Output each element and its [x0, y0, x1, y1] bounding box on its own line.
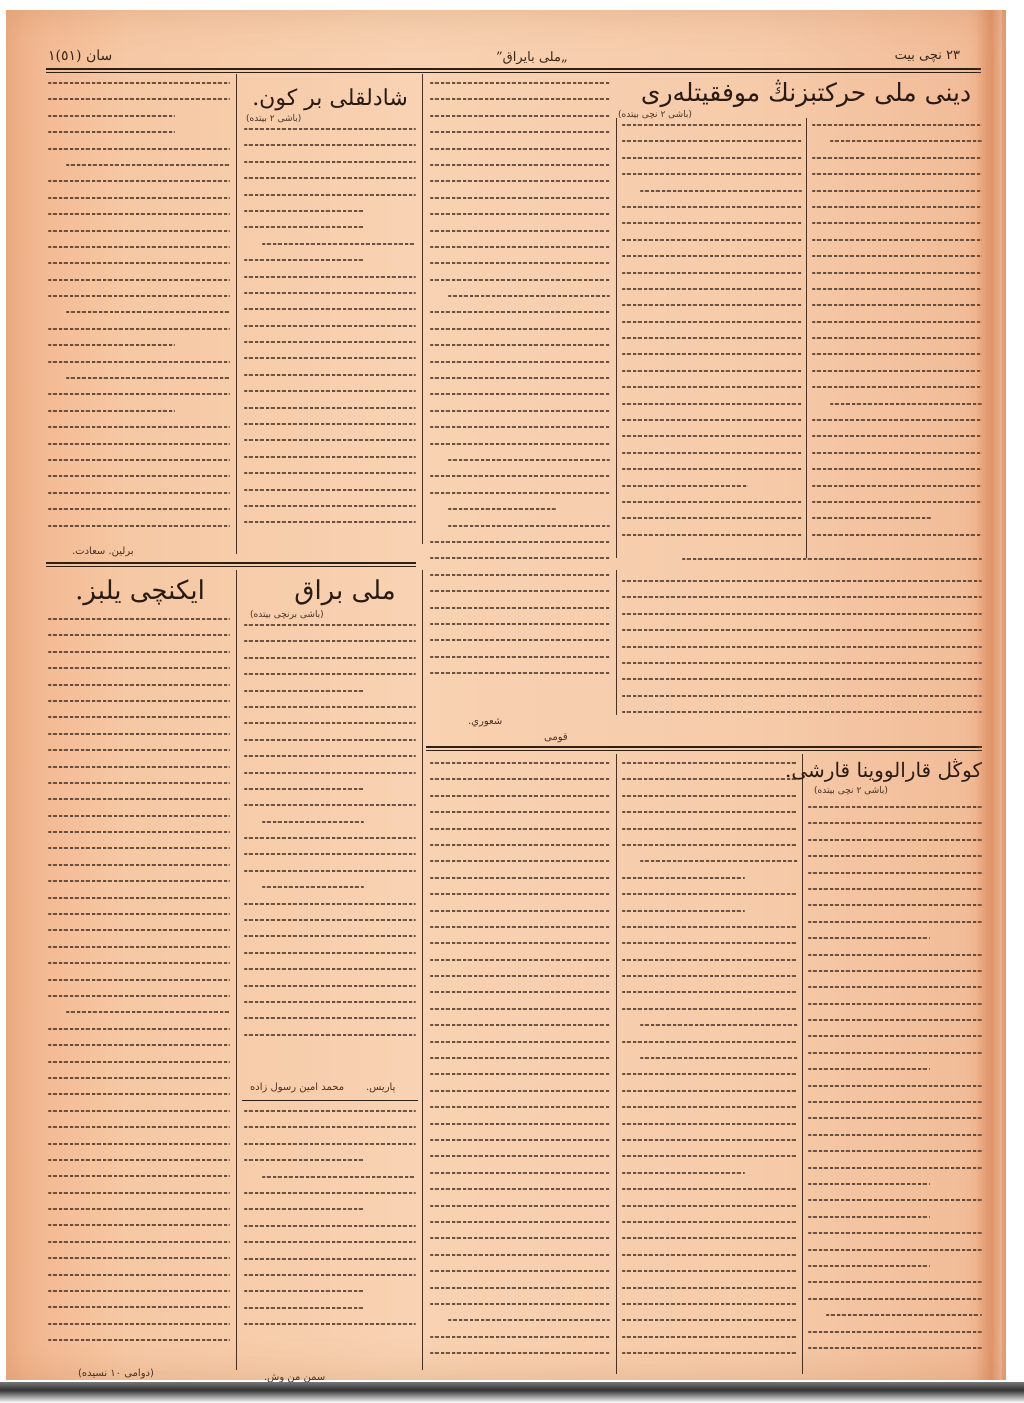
- article-subtitle: (باشى ٢ بيتدە): [246, 114, 301, 124]
- text-line: [430, 311, 610, 313]
- text-line: [622, 1270, 798, 1272]
- text-line: [48, 700, 230, 702]
- text-line: [48, 1175, 230, 1177]
- text-line: [622, 222, 802, 224]
- text-line: [48, 410, 175, 412]
- text-line: [244, 657, 416, 659]
- text-line: [622, 1287, 798, 1289]
- text-line: [244, 423, 416, 425]
- text-line: [244, 985, 416, 987]
- text-line: [244, 903, 416, 905]
- text-line: [430, 98, 610, 100]
- text-line: [808, 1199, 982, 1201]
- text-line: [812, 337, 982, 339]
- text-line: [244, 161, 416, 163]
- article-subtitle: (باشى ٢ نچى بيتدە): [618, 110, 692, 120]
- column-divider: [422, 570, 423, 1370]
- text-line: [830, 403, 982, 405]
- issue-number: سان (٥١)١: [48, 48, 112, 64]
- text-line: [812, 353, 982, 355]
- text-line: [826, 1314, 982, 1316]
- text-line: [244, 804, 416, 806]
- text-line: [48, 847, 230, 849]
- text-line: [430, 213, 610, 215]
- text-line: [622, 468, 802, 470]
- text-line: [622, 517, 802, 519]
- text-column-4-mid: [622, 580, 982, 720]
- text-line: [48, 1290, 230, 1292]
- text-line: [48, 1159, 230, 1161]
- text-line: [430, 1139, 610, 1141]
- article-headline: ملى براق: [270, 576, 420, 606]
- text-line: [808, 1298, 982, 1300]
- text-line: [48, 115, 175, 117]
- newspaper-page: سان (٥١)١ „ملى بايراق” ٢٣ نچى بيت دينى م…: [6, 10, 1006, 1380]
- text-line: [622, 255, 802, 257]
- text-line: [808, 839, 982, 841]
- text-line: [430, 778, 610, 780]
- text-line: [430, 1336, 610, 1338]
- text-line: [244, 325, 416, 327]
- text-line: [640, 190, 802, 192]
- text-line: [812, 190, 982, 192]
- text-line: [812, 452, 982, 454]
- text-line: [808, 986, 982, 988]
- text-line: [66, 164, 230, 166]
- text-line: [244, 505, 416, 507]
- text-line: [812, 321, 982, 323]
- signature: برلين. سعادت.: [72, 546, 134, 557]
- text-line: [622, 926, 798, 928]
- text-column-left-lower: [48, 618, 230, 1358]
- text-line: [622, 1172, 745, 1174]
- text-line: [622, 910, 745, 912]
- text-line: [808, 1134, 982, 1136]
- text-line: [622, 1188, 798, 1190]
- text-line: [48, 733, 230, 735]
- signature-author: محمد امين رسول زاده: [250, 1082, 344, 1093]
- text-line: [262, 243, 416, 245]
- text-line: [812, 370, 982, 372]
- text-line: [244, 935, 416, 937]
- text-line: [244, 772, 416, 774]
- text-line: [244, 308, 416, 310]
- text-line: [430, 762, 610, 764]
- text-line: [812, 419, 982, 421]
- text-line: [622, 157, 802, 159]
- text-line: [48, 443, 230, 445]
- text-line: [622, 1155, 798, 1157]
- text-line: [622, 501, 802, 503]
- text-line: [622, 811, 798, 813]
- text-line: [48, 716, 230, 718]
- page-date: ٢٣ نچى بيت: [895, 48, 960, 63]
- text-line: [808, 970, 982, 972]
- text-line: [430, 811, 610, 813]
- text-line: [430, 393, 610, 395]
- text-line: [244, 128, 416, 130]
- text-line: [808, 1068, 930, 1070]
- text-line: [622, 337, 802, 339]
- text-line: [808, 1249, 982, 1251]
- text-line: [622, 1205, 798, 1207]
- text-line: [244, 341, 416, 343]
- text-line: [812, 206, 982, 208]
- text-column-4-upper: [622, 124, 802, 554]
- text-line: [244, 673, 416, 675]
- text-line: [430, 1024, 610, 1026]
- text-line: [244, 788, 364, 790]
- text-line: [622, 975, 798, 977]
- text-line: [622, 596, 982, 598]
- text-line: [622, 435, 802, 437]
- text-line: [48, 197, 230, 199]
- text-line: [48, 782, 230, 784]
- text-line: [812, 157, 982, 159]
- text-line: [808, 1183, 930, 1185]
- text-line: [48, 230, 230, 232]
- text-line: [430, 926, 610, 928]
- section-rule: [426, 746, 982, 748]
- text-line: [430, 1287, 610, 1289]
- text-line: [430, 377, 610, 379]
- text-line: [808, 937, 930, 939]
- text-line: [622, 353, 802, 355]
- text-line: [640, 1024, 798, 1026]
- text-line: [430, 541, 610, 543]
- text-line: [808, 888, 982, 890]
- text-column-2-bottom: [244, 1110, 416, 1348]
- column-divider: [236, 74, 237, 554]
- text-line: [66, 311, 230, 313]
- masthead-rule: [46, 68, 981, 70]
- text-line: [244, 1208, 364, 1210]
- text-line: [48, 667, 230, 669]
- paper-title: „ملى بايراق”: [496, 50, 568, 65]
- text-line: [622, 1254, 798, 1256]
- text-line: [430, 164, 610, 166]
- text-line: [244, 1258, 416, 1260]
- text-line: [48, 1208, 230, 1210]
- text-line: [430, 893, 610, 895]
- text-column-left-upper: [48, 82, 230, 534]
- text-line: [808, 1347, 982, 1349]
- text-line: [48, 749, 230, 751]
- text-line: [808, 822, 982, 824]
- text-line: [430, 230, 610, 232]
- text-line: [430, 590, 610, 592]
- text-line: [622, 762, 798, 764]
- text-line: [622, 1303, 798, 1305]
- text-line: [244, 390, 416, 392]
- text-line: [640, 1057, 798, 1059]
- text-line: [244, 276, 416, 278]
- text-line: [48, 525, 230, 527]
- text-line: [48, 929, 230, 931]
- text-line: [430, 574, 610, 576]
- text-line: [622, 1041, 798, 1043]
- text-line: [48, 1028, 230, 1030]
- text-line: [430, 361, 610, 363]
- text-line: [430, 1041, 610, 1043]
- text-line: [622, 370, 802, 372]
- text-line: [244, 144, 416, 146]
- text-line: [244, 640, 416, 642]
- text-line: [622, 485, 748, 487]
- text-line: [808, 1216, 930, 1218]
- signature-shuuri: شعوري.: [468, 716, 502, 727]
- text-line: [48, 864, 230, 866]
- text-line: [430, 639, 610, 641]
- text-line: [48, 815, 230, 817]
- text-line: [262, 1176, 416, 1178]
- text-line: [430, 959, 610, 961]
- text-line: [244, 439, 416, 441]
- text-line: [622, 959, 798, 961]
- text-line: [430, 443, 610, 445]
- text-line: [48, 684, 230, 686]
- text-line: [244, 1290, 364, 1292]
- text-line: [244, 1307, 364, 1309]
- section-rule: [242, 1100, 418, 1101]
- text-line: [48, 131, 175, 133]
- text-line: [430, 607, 610, 609]
- text-line: [48, 262, 230, 264]
- text-line: [244, 226, 364, 228]
- text-line: [622, 828, 798, 830]
- text-line: [430, 1270, 610, 1272]
- column-divider: [236, 570, 237, 1370]
- text-line: [622, 1090, 798, 1092]
- text-line: [622, 1008, 798, 1010]
- text-column-4-lower: [622, 762, 798, 1374]
- text-line: [430, 910, 610, 912]
- text-line: [244, 472, 416, 474]
- text-line: [808, 1167, 982, 1169]
- text-line: [48, 897, 230, 899]
- text-line: [244, 1034, 416, 1036]
- text-line: [48, 475, 230, 477]
- section-rule-thin: [426, 750, 982, 751]
- text-line: [48, 508, 230, 510]
- text-line: [244, 1017, 416, 1019]
- text-line: [430, 1188, 610, 1190]
- text-line: [622, 646, 982, 648]
- text-line: [622, 140, 802, 142]
- text-line: [244, 755, 416, 757]
- text-line: [430, 426, 610, 428]
- article-headline: شادلقلى بر كون.: [242, 86, 418, 111]
- column-divider: [616, 118, 617, 558]
- text-line: [430, 942, 610, 944]
- text-line: [430, 1057, 610, 1059]
- text-line: [448, 508, 556, 510]
- text-line: [66, 1011, 230, 1013]
- text-line: [622, 239, 802, 241]
- text-line: [640, 860, 798, 862]
- article-headline: كوڭل قارالووينا قارشى.: [806, 758, 982, 782]
- text-line: [430, 1008, 610, 1010]
- text-line: [830, 140, 982, 142]
- text-line: [622, 1123, 798, 1125]
- text-line: [48, 82, 230, 84]
- text-line: [812, 386, 982, 388]
- text-line: [48, 426, 230, 428]
- article-headline: دينى ملى حركتبزنڭ موفقيتلەرى: [626, 78, 986, 107]
- text-line: [812, 304, 982, 306]
- text-line: [48, 1274, 230, 1276]
- text-line: [812, 222, 982, 224]
- text-line: [430, 1352, 610, 1354]
- text-line: [430, 82, 610, 84]
- text-line: [622, 662, 982, 664]
- text-line: [244, 870, 416, 872]
- text-line: [430, 180, 610, 182]
- text-line: [622, 795, 798, 797]
- text-line: [812, 124, 982, 126]
- text-line: [430, 1155, 610, 1157]
- section-rule: [46, 562, 416, 564]
- text-column-3-lower: [430, 762, 610, 1374]
- text-line: [808, 1052, 982, 1054]
- text-line: [430, 656, 610, 658]
- article-subtitle: (باشى ٢ نچى بيتدە): [814, 786, 888, 796]
- text-line: [244, 1225, 416, 1227]
- text-line: [430, 131, 610, 133]
- text-column-5-lower: [808, 806, 982, 1372]
- text-line: [622, 1319, 798, 1321]
- text-line: [48, 1093, 230, 1095]
- text-line: [812, 517, 931, 519]
- text-line: [622, 580, 982, 582]
- text-line: [48, 995, 230, 997]
- text-line: [244, 194, 416, 196]
- text-line: [244, 706, 416, 708]
- text-line: [244, 624, 416, 626]
- text-line: [812, 485, 982, 487]
- text-line: [622, 272, 802, 274]
- text-column-5-upper: [812, 124, 982, 554]
- text-line: [244, 1126, 416, 1128]
- text-line: [244, 1110, 416, 1112]
- text-line: [48, 1323, 230, 1325]
- text-line: [812, 272, 982, 274]
- text-line: [430, 1221, 610, 1223]
- text-line: [448, 1319, 610, 1321]
- text-line: [48, 880, 230, 882]
- text-line: [430, 1106, 610, 1108]
- text-line: [48, 98, 230, 100]
- text-line: [48, 962, 230, 964]
- text-line: [430, 623, 610, 625]
- text-line: [808, 1331, 982, 1333]
- text-line: [244, 456, 416, 458]
- article-signature: قومى: [544, 732, 568, 743]
- text-line: [48, 148, 230, 150]
- masthead-rule-thin: [46, 72, 981, 73]
- text-line: [812, 173, 982, 175]
- text-line: [430, 344, 610, 346]
- text-column-2-upper: [244, 128, 416, 538]
- text-line: [622, 877, 745, 879]
- text-line: [430, 877, 610, 879]
- text-line: [48, 279, 230, 281]
- text-line: [244, 837, 416, 839]
- text-line: [430, 1123, 610, 1125]
- text-line: [244, 292, 416, 294]
- text-line: [48, 798, 230, 800]
- text-line: [622, 1336, 798, 1338]
- text-line: [48, 1044, 230, 1046]
- text-line: [430, 1237, 610, 1239]
- text-line: [430, 1090, 610, 1092]
- text-line: [622, 304, 802, 306]
- text-line: [244, 690, 364, 692]
- text-line: [48, 1126, 230, 1128]
- text-line: [448, 459, 610, 461]
- text-line: [622, 942, 798, 944]
- text-line: [430, 410, 610, 412]
- text-line: [812, 468, 982, 470]
- text-line: [622, 419, 802, 421]
- text-line: [244, 259, 364, 261]
- text-line: [812, 501, 982, 503]
- text-line: [48, 1061, 230, 1063]
- text-line: [622, 1073, 798, 1075]
- text-line: [244, 1143, 416, 1145]
- text-line: [48, 328, 230, 330]
- text-line: [812, 255, 982, 257]
- text-line: [48, 344, 175, 346]
- text-line: [812, 534, 982, 536]
- text-line: [48, 246, 230, 248]
- text-line: [48, 459, 230, 461]
- text-line: [430, 1254, 610, 1256]
- text-line: [622, 613, 982, 615]
- text-line: [244, 210, 364, 212]
- text-line: [808, 1085, 982, 1087]
- text-line: [430, 1205, 610, 1207]
- text-line: [48, 1306, 230, 1308]
- text-line: [622, 1106, 798, 1108]
- text-line: [66, 377, 230, 379]
- text-line-span: [622, 558, 982, 576]
- text-line: [808, 1281, 982, 1283]
- text-line: [622, 403, 802, 405]
- text-line: [244, 722, 416, 724]
- text-line: [812, 288, 982, 290]
- text-line: [622, 124, 802, 126]
- column-divider: [806, 118, 807, 558]
- section-rule-thin: [46, 566, 416, 567]
- text-line: [622, 1237, 798, 1239]
- text-line: [48, 766, 230, 768]
- text-line: [622, 893, 798, 895]
- text-line: [622, 1221, 798, 1223]
- text-line: [48, 213, 230, 215]
- text-line: [808, 1035, 982, 1037]
- text-line: [430, 475, 610, 477]
- text-line: [244, 919, 416, 921]
- text-line: [812, 239, 982, 241]
- text-line: [48, 946, 230, 948]
- text-line: [622, 534, 802, 536]
- text-line: [430, 262, 610, 264]
- text-line: [808, 1117, 982, 1119]
- text-line: [808, 1101, 982, 1103]
- text-line: [244, 1241, 416, 1243]
- article-headline: ايكنچى يلبز.: [50, 576, 230, 606]
